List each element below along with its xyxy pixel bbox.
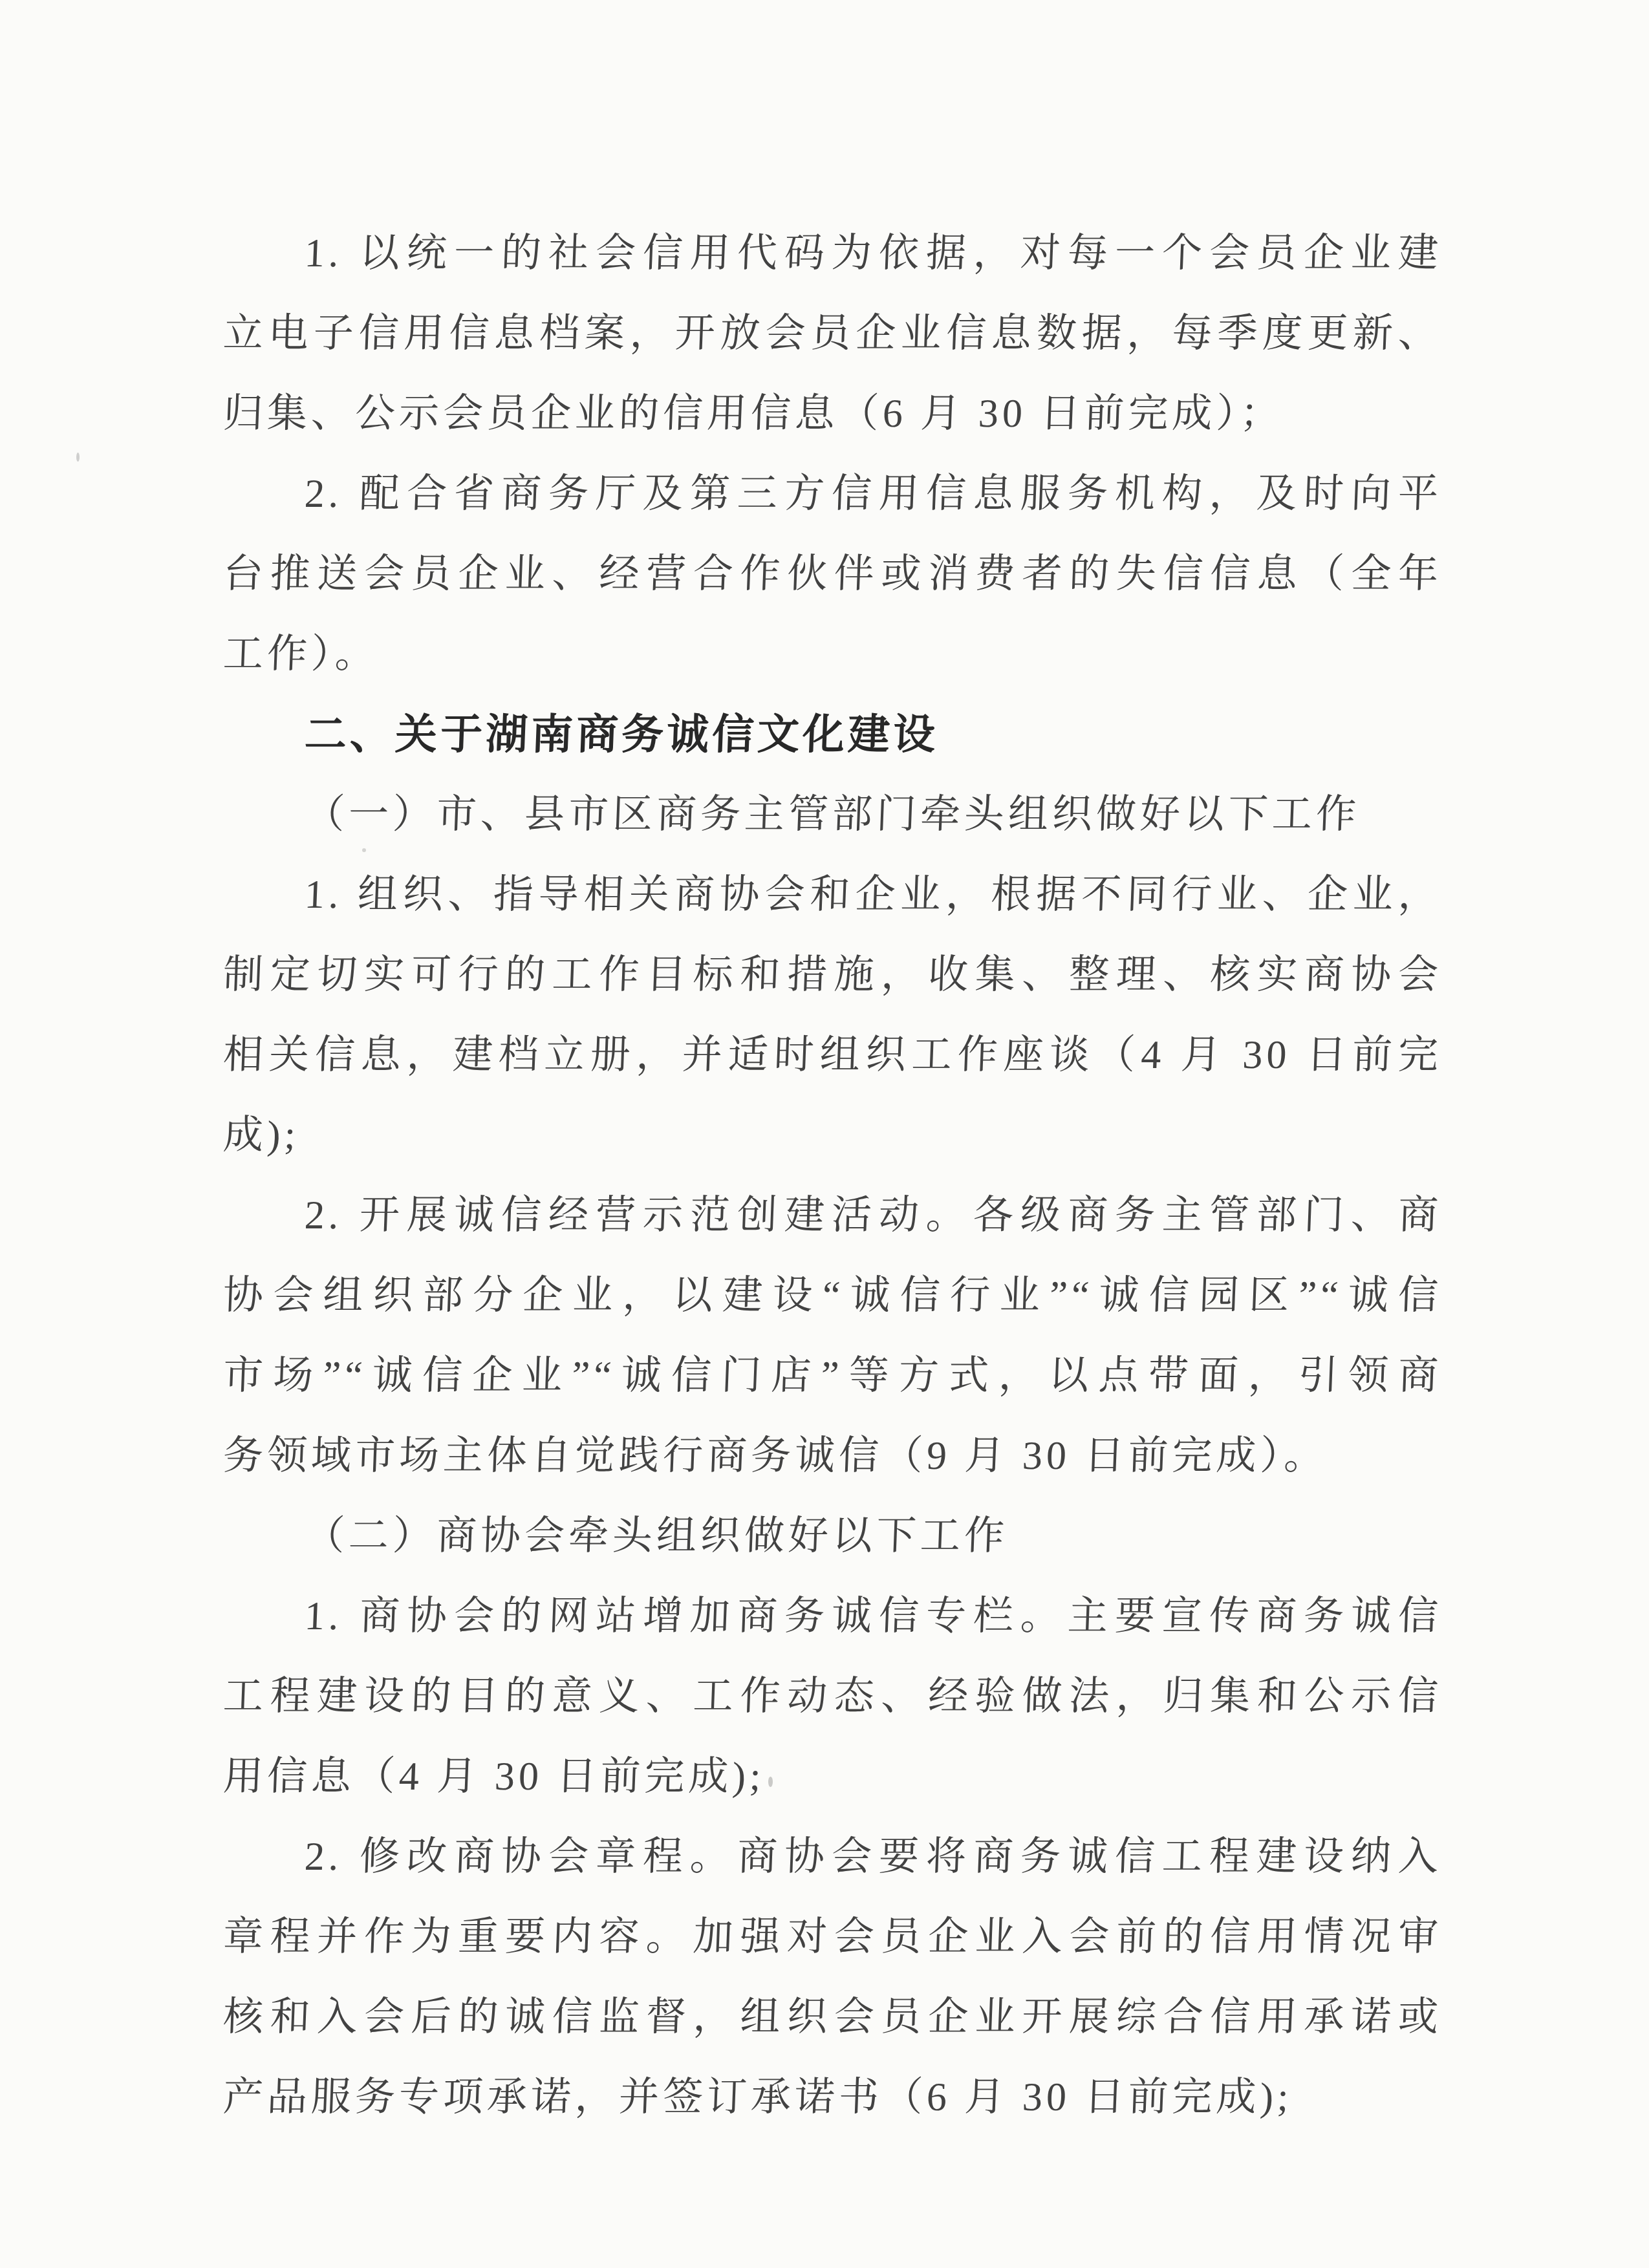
- text-line: 成);: [222, 1095, 1444, 1175]
- scan-artifact: [76, 453, 80, 462]
- text-line: 立电子信用信息档案，开放会员企业信息数据，每季度更新、: [222, 294, 1444, 374]
- text-line: 1. 以统一的社会信用代码为依据，对每一个会员企业建: [222, 213, 1444, 294]
- text-line: 产品服务专项承诺，并签订承诺书（6 月 30 日前完成);: [222, 2057, 1444, 2137]
- text-line: （二）商协会牵头组织做好以下工作: [222, 1496, 1444, 1576]
- text-line: 协会组织部分企业，以建设“诚信行业”“诚信园区”“诚信: [222, 1256, 1444, 1336]
- scan-artifact: [362, 848, 366, 852]
- text-line: 务领域市场主体自觉践行商务诚信（9 月 30 日前完成）。: [222, 1416, 1444, 1496]
- text-line: （一）市、县市区商务主管部门牵头组织做好以下工作: [222, 775, 1444, 855]
- scan-artifact: [768, 1777, 773, 1787]
- text-line: 核和入会后的诚信监督，组织会员企业开展综合信用承诺或: [222, 1977, 1444, 2057]
- text-line: 工程建设的目的意义、工作动态、经验做法，归集和公示信: [222, 1656, 1444, 1737]
- text-line: 市场”“诚信企业”“诚信门店”等方式，以点带面，引领商: [222, 1336, 1444, 1416]
- document-body: 1. 以统一的社会信用代码为依据，对每一个会员企业建立电子信用信息档案，开放会员…: [223, 213, 1442, 2137]
- text-line: 用信息（4 月 30 日前完成);: [222, 1737, 1444, 1817]
- text-line: 工作）。: [222, 614, 1444, 694]
- text-line: 相关信息，建档立册，并适时组织工作座谈（4 月 30 日前完: [222, 1015, 1444, 1095]
- text-line: 2. 修改商协会章程。商协会要将商务诚信工程建设纳入: [222, 1817, 1444, 1897]
- text-line: 2. 开展诚信经营示范创建活动。各级商务主管部门、商: [222, 1175, 1444, 1256]
- text-line: 1. 组织、指导相关商协会和企业，根据不同行业、企业，: [222, 855, 1444, 935]
- section-heading: 二、关于湖南商务诚信文化建设: [222, 694, 1444, 775]
- text-line: 章程并作为重要内容。加强对会员企业入会前的信用情况审: [222, 1897, 1444, 1977]
- text-line: 制定切实可行的工作目标和措施，收集、整理、核实商协会: [222, 935, 1444, 1015]
- text-line: 2. 配合省商务厅及第三方信用信息服务机构，及时向平: [222, 454, 1444, 534]
- text-line: 归集、公示会员企业的信用信息（6 月 30 日前完成）；: [222, 374, 1444, 454]
- text-line: 1. 商协会的网站增加商务诚信专栏。主要宣传商务诚信: [222, 1576, 1444, 1656]
- text-line: 台推送会员企业、经营合作伙伴或消费者的失信信息（全年: [222, 534, 1444, 614]
- scanned-document-page: 1. 以统一的社会信用代码为依据，对每一个会员企业建立电子信用信息档案，开放会员…: [0, 0, 1649, 2268]
